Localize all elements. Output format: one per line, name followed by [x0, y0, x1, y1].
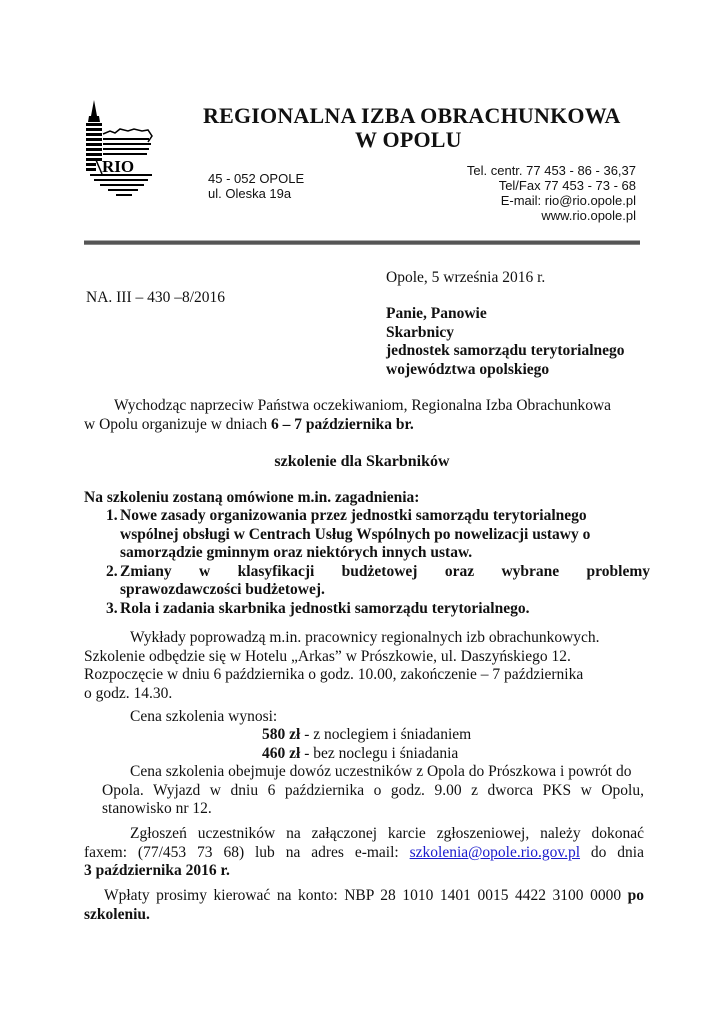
institution-title: REGIONALNA IZBA OBRACHUNKOWA [203, 103, 621, 129]
transport-line: Opola. Wyjazd w dniu 6 października o go… [84, 782, 644, 801]
payment-emphasis: po [628, 887, 644, 904]
price-description: - z noclegiem i śniadaniem [300, 726, 471, 743]
topic-text: Rola i zadania skarbnika jednostki samor… [120, 600, 529, 617]
website-line[interactable]: www.rio.opole.pl [467, 208, 636, 223]
topic-number: 1. [106, 507, 118, 526]
rio-logo: RIO [82, 98, 156, 198]
application-deadline: 3 października 2016 r. [84, 862, 644, 881]
postal-address: 45 - 052 OPOLE ul. Oleska 19a [208, 171, 304, 201]
topic-item: 2. Zmiany w klasyfikacji budżetowej oraz… [84, 563, 650, 600]
topic-text-line-1: Zmiany w klasyfikacji budżetowej oraz wy… [120, 563, 650, 582]
street-line: ul. Oleska 19a [208, 186, 304, 201]
fax-line: Tel/Fax 77 453 - 73 - 68 [467, 178, 636, 193]
price-label: Cena szkolenia wynosi: [130, 708, 277, 727]
schedule-end-line: o godz. 14.30. [84, 685, 600, 704]
payment-emphasis: szkoleniu. [84, 906, 644, 925]
venue-line: Szkolenie odbędzie się w Hotelu „Arkas” … [84, 648, 600, 667]
recipient-line: jednostek samorządu terytorialnego [386, 342, 625, 361]
topics-lead: Na szkoleniu zostaną omówione m.in. zaga… [84, 489, 419, 508]
price-description: - bez noclegu i śniadania [300, 745, 458, 762]
phone-line: Tel. centr. 77 453 - 86 - 36,37 [467, 163, 636, 178]
topic-item: 1. Nowe zasady organizowania przez jedno… [84, 507, 650, 563]
topic-text-line-2: sprawozdawczości budżetowej. [120, 581, 650, 600]
application-line: Zgłoszeń uczestników na załączonej karci… [84, 825, 644, 844]
lectures-line: Wykłady poprowadzą m.in. pracownicy regi… [84, 629, 600, 648]
price-amount: 580 zł [262, 726, 300, 743]
transport-paragraph: Cena szkolenia obejmuje dowóz uczestnikó… [84, 763, 644, 819]
rio-logo-icon: RIO [82, 98, 156, 198]
institution-city: W OPOLU [355, 127, 462, 153]
transport-line: Cena szkolenia obejmuje dowóz uczestnikó… [84, 763, 644, 782]
price-item: 580 zł - z noclegiem i śniadaniem [262, 726, 471, 745]
topic-number: 2. [106, 563, 118, 582]
topics-list: 1. Nowe zasady organizowania przez jedno… [84, 507, 650, 618]
application-paragraph: Zgłoszeń uczestników na załączonej karci… [84, 825, 644, 881]
topic-number: 3. [106, 600, 118, 619]
training-subject: szkolenie dla Skarbników [0, 453, 724, 471]
intro-text: w Opolu organizuje w dniach [84, 416, 271, 433]
intro-line-2: w Opolu organizuje w dniach 6 – 7 paździ… [84, 416, 414, 433]
topic-item: 3. Rola i zadania skarbnika jednostki sa… [84, 600, 650, 619]
topic-text: Nowe zasady organizowania przez jednostk… [120, 507, 590, 561]
training-dates: 6 – 7 października br. [271, 416, 414, 433]
svg-text:RIO: RIO [102, 157, 134, 176]
payment-paragraph: Wpłaty prosimy kierować na konto: NBP 28… [84, 887, 644, 924]
transport-line: stanowisko nr 12. [84, 800, 644, 819]
price-item: 460 zł - bez noclegu i śniadania [262, 745, 471, 764]
payment-text: Wpłaty prosimy kierować na konto: NBP 28… [104, 887, 628, 904]
application-text: do dnia [580, 844, 644, 861]
recipient-line: Skarbnicy [386, 324, 625, 343]
reference-number: NA. III – 430 –8/2016 [86, 289, 225, 308]
email-line[interactable]: E-mail: rio@rio.opole.pl [467, 193, 636, 208]
postal-code-line: 45 - 052 OPOLE [208, 171, 304, 186]
letter-date: Opole, 5 września 2016 r. [386, 269, 545, 288]
lectures-paragraph: Wykłady poprowadzą m.in. pracownicy regi… [84, 629, 600, 703]
application-text: faxem: (77/453 73 68) lub na adres e-mai… [84, 844, 410, 861]
recipients: Panie, Panowie Skarbnicy jednostek samor… [386, 305, 625, 379]
recipient-line: Panie, Panowie [386, 305, 625, 324]
application-line: faxem: (77/453 73 68) lub na adres e-mai… [84, 844, 644, 863]
recipient-line: województwa opolskiego [386, 361, 625, 380]
price-amount: 460 zł [262, 745, 300, 762]
payment-line: Wpłaty prosimy kierować na konto: NBP 28… [84, 887, 644, 906]
training-email-link[interactable]: szkolenia@opole.rio.gov.pl [410, 844, 580, 861]
price-list: 580 zł - z noclegiem i śniadaniem 460 zł… [262, 726, 471, 763]
intro-paragraph: Wychodząc naprzeciw Państwa oczekiwaniom… [84, 397, 649, 434]
contact-info: Tel. centr. 77 453 - 86 - 36,37 Tel/Fax … [467, 163, 636, 223]
intro-line-1: Wychodząc naprzeciw Państwa oczekiwaniom… [84, 397, 649, 416]
header-divider [84, 240, 640, 245]
schedule-line: Rozpoczęcie w dniu 6 października o godz… [84, 666, 600, 685]
